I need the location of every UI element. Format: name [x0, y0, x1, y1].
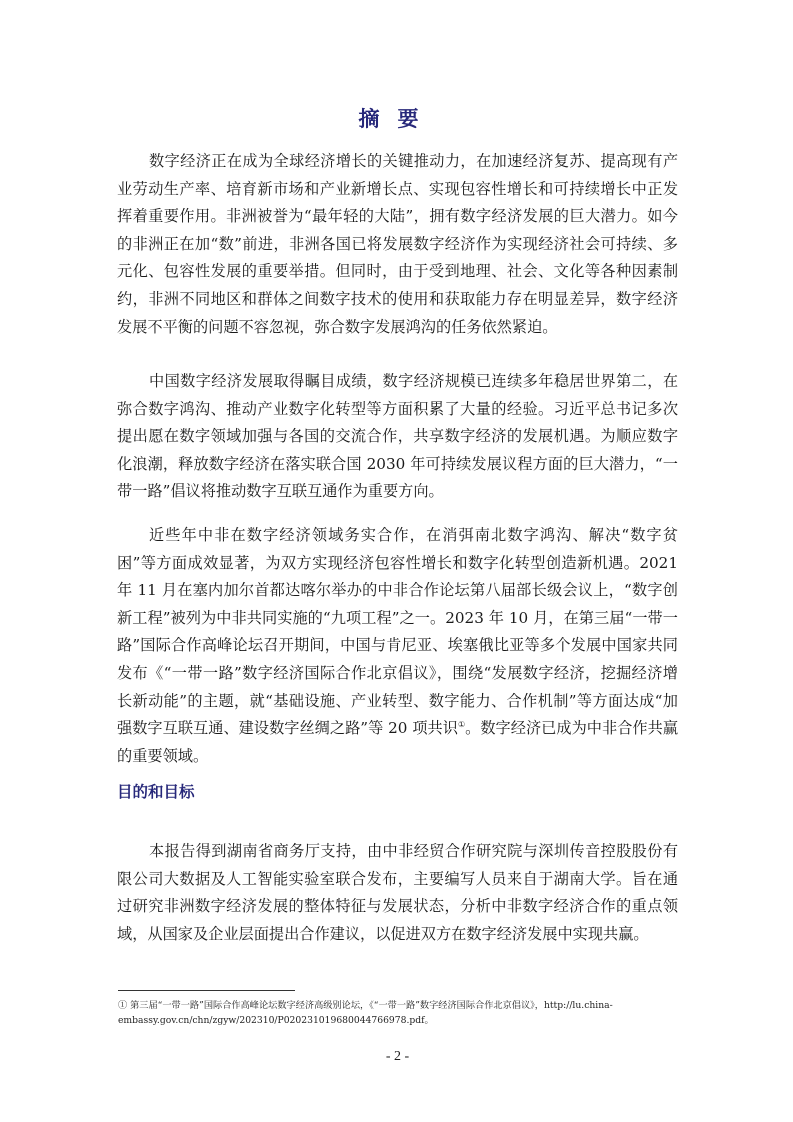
- paragraph-abstract-3: 近些年中非在数字经济领域务实合作，在消弭南北数字鸿沟、解决“数字贫困”等方面成效…: [117, 522, 678, 770]
- paragraph-purpose: 本报告得到湖南省商务厅支持，由中非经贸合作研究院与深圳传音控股股份有限公司大数据…: [117, 838, 678, 948]
- paragraph-abstract-1: 数字经济正在成为全球经济增长的关键推动力，在加速经济复苏、提高现有产业劳动生产率…: [117, 148, 678, 341]
- paragraph-abstract-2: 中国数字经济发展取得瞩目成绩，数字经济规模已连续多年稳居世界第二，在弥合数字鸿沟…: [117, 368, 678, 506]
- section-heading-purpose: 目的和目标: [117, 780, 195, 804]
- footnote-divider: [118, 990, 295, 991]
- page-title: 摘要: [117, 104, 678, 134]
- paragraph-abstract-3-body: 近些年中非在数字经济领域务实合作，在消弭南北数字鸿沟、解决“数字贫困”等方面成效…: [117, 526, 678, 737]
- page-number: - 2 -: [117, 1049, 678, 1065]
- footnote: ① 第三届“一带一路”国际合作高峰论坛数字经济高级别论坛，《“一带一路”数字经济…: [118, 999, 658, 1028]
